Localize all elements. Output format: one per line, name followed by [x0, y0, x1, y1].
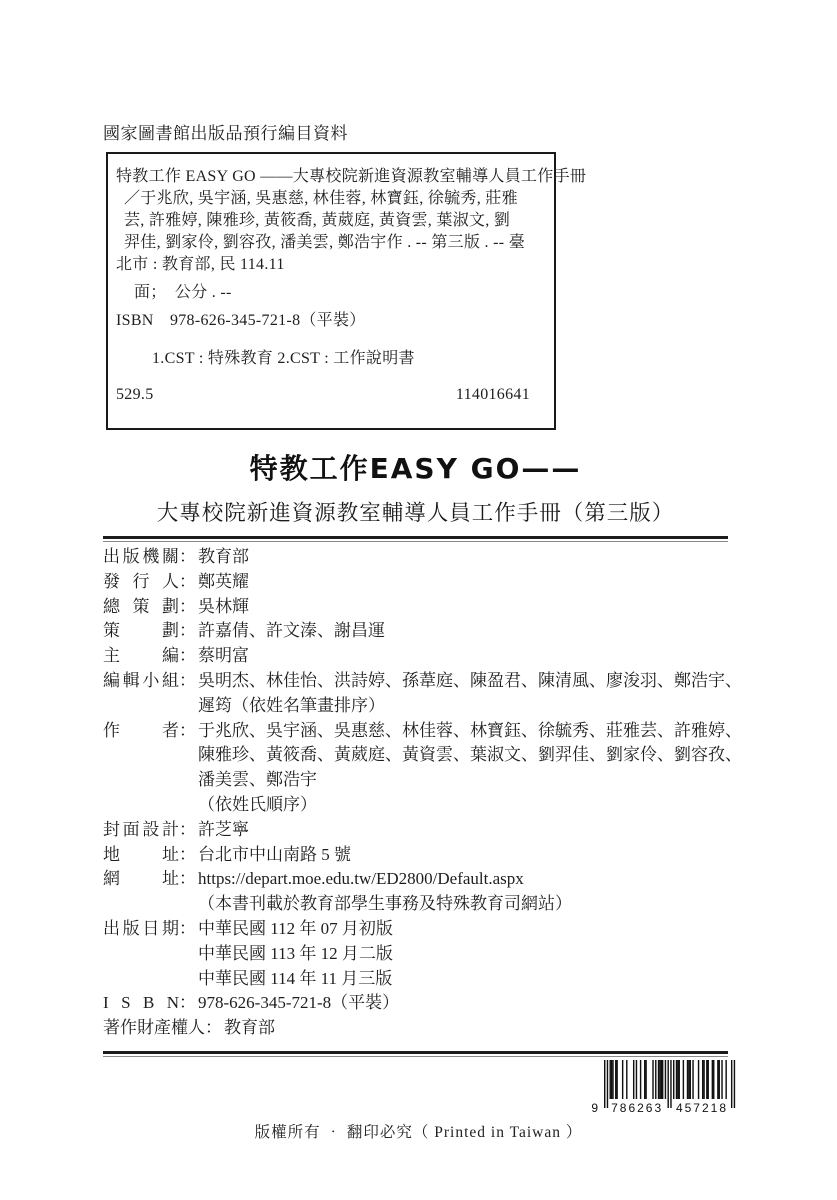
colophon-row: 作者：于兆欣、吳宇涵、吳惠慈、林佳蓉、林寶鈺、徐毓秀、莊雅芸、許雅婷、陳雅珍、黃…: [103, 719, 743, 818]
field-value-line: 978-626-345-721-8（平裝）: [198, 991, 743, 1016]
field-value: 中華民國 112 年 07 月初版中華民國 113 年 12 月二版中華民國 1…: [196, 917, 743, 991]
field-value-line: 吳明杰、林佳怡、洪詩婷、孫葦庭、陳盈君、陳清風、廖浚羽、鄭浩宇、: [198, 669, 743, 694]
cip-line: 芸, 許雅婷, 陳雅珍, 黃筱喬, 黃葳庭, 黃資雲, 葉淑文, 劉: [116, 210, 548, 232]
label-colon: ：: [179, 545, 196, 570]
field-value: https://depart.moe.edu.tw/ED2800/Default…: [196, 867, 743, 917]
field-label: 發行人: [103, 570, 179, 595]
cip-line: ISBN 978-626-345-721-8（平裝）: [116, 310, 548, 332]
field-value-line: 吳林輝: [198, 595, 743, 620]
field-value: 許嘉倩、許文溱、謝昌運: [196, 619, 743, 644]
field-value: 吳明杰、林佳怡、洪詩婷、孫葦庭、陳盈君、陳清風、廖浚羽、鄭浩宇、遲筠（依姓名筆畫…: [196, 669, 743, 719]
field-value-line: 遲筠（依姓名筆畫排序）: [198, 694, 743, 719]
field-value-line: 中華民國 114 年 11 月三版: [198, 967, 743, 992]
colophon-row: 地址：台北市中山南路 5 號: [103, 843, 743, 868]
cip-box: 特教工作 EASY GO ——大專校院新進資源教室輔導人員工作手冊／于兆欣, 吳…: [106, 152, 556, 430]
field-label: 作者: [103, 719, 179, 744]
colophon-row: 主編：蔡明富: [103, 644, 743, 669]
label-colon: ：: [179, 818, 196, 843]
field-label: 出版機關: [103, 545, 179, 570]
field-value: 鄭英耀: [196, 570, 743, 595]
cip-line: ／于兆欣, 吳宇涵, 吳惠慈, 林佳蓉, 林寶鈺, 徐毓秀, 莊雅: [116, 188, 548, 210]
field-value: 教育部: [222, 1016, 743, 1041]
colophon-row: 總策劃：吳林輝: [103, 595, 743, 620]
field-label: 編輯小組: [103, 669, 179, 694]
field-value-line: 許嘉倩、許文溱、謝昌運: [198, 619, 743, 644]
colophon-row: I S B N：978-626-345-721-8（平裝）: [103, 991, 743, 1016]
field-value-line: 鄭英耀: [198, 570, 743, 595]
field-label: 主編: [103, 644, 179, 669]
top-double-rule: [103, 536, 728, 542]
colophon-row: 著作財產權人：教育部: [103, 1016, 743, 1041]
label-colon: ：: [179, 917, 196, 942]
field-value-line: （本書刊載於教育部學生事務及特殊教育司網站）: [198, 892, 743, 917]
colophon-row: 網址：https://depart.moe.edu.tw/ED2800/Defa…: [103, 867, 743, 917]
field-label: 網址: [103, 867, 179, 892]
label-colon: ：: [179, 595, 196, 620]
label-colon: ：: [205, 1016, 222, 1041]
copyright-footer: 版權所有 ‧ 翻印必究（ Printed in Taiwan ）: [0, 1120, 837, 1142]
field-value: 許芝寧: [196, 818, 743, 843]
field-value: 蔡明富: [196, 644, 743, 669]
label-colon: ：: [179, 867, 196, 892]
book-subtitle: 大專校院新進資源教室輔導人員工作手冊（第三版）: [103, 496, 728, 527]
colophon-row: 編輯小組：吳明杰、林佳怡、洪詩婷、孫葦庭、陳盈君、陳清風、廖浚羽、鄭浩宇、遲筠（…: [103, 669, 743, 719]
colophon-table: 出版機關：教育部發行人：鄭英耀總策劃：吳林輝策劃：許嘉倩、許文溱、謝昌運主編：蔡…: [103, 545, 743, 1041]
colophon-row: 出版機關：教育部: [103, 545, 743, 570]
field-value-line: https://depart.moe.edu.tw/ED2800/Default…: [198, 867, 743, 892]
colophon-row: 封面設計：許芝寧: [103, 818, 743, 843]
label-colon: ：: [179, 719, 196, 744]
field-label: 封面設計: [103, 818, 179, 843]
field-value-line: 教育部: [198, 545, 743, 570]
cip-line: 1.CST : 特殊教育 2.CST : 工作說明書: [116, 348, 548, 370]
field-label: 地址: [103, 843, 179, 868]
label-colon: ：: [179, 619, 196, 644]
field-label: I S B N: [103, 991, 179, 1016]
field-value: 教育部: [196, 545, 743, 570]
colophon-row: 出版日期：中華民國 112 年 07 月初版中華民國 113 年 12 月二版中…: [103, 917, 743, 991]
cip-last-line: 529.5 114016641: [116, 384, 548, 406]
colophon-row: 策劃：許嘉倩、許文溱、謝昌運: [103, 619, 743, 644]
field-value-line: 教育部: [224, 1016, 743, 1041]
cip-line: 羿佳, 劉家伶, 劉容孜, 潘美雲, 鄭浩宇作 . -- 第三版 . -- 臺: [116, 232, 548, 254]
cip-header: 國家圖書館出版品預行編目資料: [103, 119, 348, 144]
field-label: 策劃: [103, 619, 179, 644]
bottom-double-rule: [103, 1051, 728, 1057]
label-colon: ：: [179, 570, 196, 595]
barcode-svg: 9786263457218: [592, 1060, 742, 1118]
cip-line: 面； 公分 . --: [116, 282, 548, 304]
label-colon: ：: [179, 669, 196, 694]
field-value-line: 許芝寧: [198, 818, 743, 843]
field-value-line: 于兆欣、吳宇涵、吳惠慈、林佳蓉、林寶鈺、徐毓秀、莊雅芸、許雅婷、: [198, 719, 743, 744]
field-value-line: 中華民國 113 年 12 月二版: [198, 942, 743, 967]
field-label: 出版日期: [103, 917, 179, 942]
barcode-digits: 9: [592, 1101, 600, 1115]
label-colon: ：: [179, 991, 196, 1016]
field-value-line: 潘美雲、鄭浩宇: [198, 768, 743, 793]
isbn-barcode: 9786263457218: [592, 1060, 742, 1118]
field-label: 總策劃: [103, 595, 179, 620]
cip-class-number: 529.5: [116, 384, 154, 406]
field-label: 著作財產權人: [103, 1016, 205, 1041]
colophon-row: 發行人：鄭英耀: [103, 570, 743, 595]
field-value-line: 陳雅珍、黃筱喬、黃葳庭、黃資雲、葉淑文、劉羿佳、劉家伶、劉容孜、: [198, 743, 743, 768]
cip-line: 北市 : 教育部, 民 114.11: [116, 254, 548, 276]
label-colon: ：: [179, 843, 196, 868]
cip-line: 特教工作 EASY GO ——大專校院新進資源教室輔導人員工作手冊: [116, 166, 548, 188]
colophon-page: 國家圖書館出版品預行編目資料 特教工作 EASY GO ——大專校院新進資源教室…: [0, 0, 837, 1200]
field-value-line: （依姓氏順序）: [198, 793, 743, 818]
title-block: 特教工作EASY GO—— 大專校院新進資源教室輔導人員工作手冊（第三版）: [103, 447, 728, 527]
field-value: 于兆欣、吳宇涵、吳惠慈、林佳蓉、林寶鈺、徐毓秀、莊雅芸、許雅婷、陳雅珍、黃筱喬、…: [196, 719, 743, 818]
label-colon: ：: [179, 644, 196, 669]
cip-record-number: 114016641: [456, 384, 530, 406]
field-value-line: 中華民國 112 年 07 月初版: [198, 917, 743, 942]
barcode-digits: 786263: [611, 1101, 663, 1115]
book-title: 特教工作EASY GO——: [103, 447, 728, 487]
field-value: 台北市中山南路 5 號: [196, 843, 743, 868]
field-value-line: 台北市中山南路 5 號: [198, 843, 743, 868]
cip-lines: 特教工作 EASY GO ——大專校院新進資源教室輔導人員工作手冊／于兆欣, 吳…: [116, 166, 548, 370]
field-value-line: 蔡明富: [198, 644, 743, 669]
barcode-digits: 457218: [676, 1101, 728, 1115]
field-value: 978-626-345-721-8（平裝）: [196, 991, 743, 1016]
field-value: 吳林輝: [196, 595, 743, 620]
